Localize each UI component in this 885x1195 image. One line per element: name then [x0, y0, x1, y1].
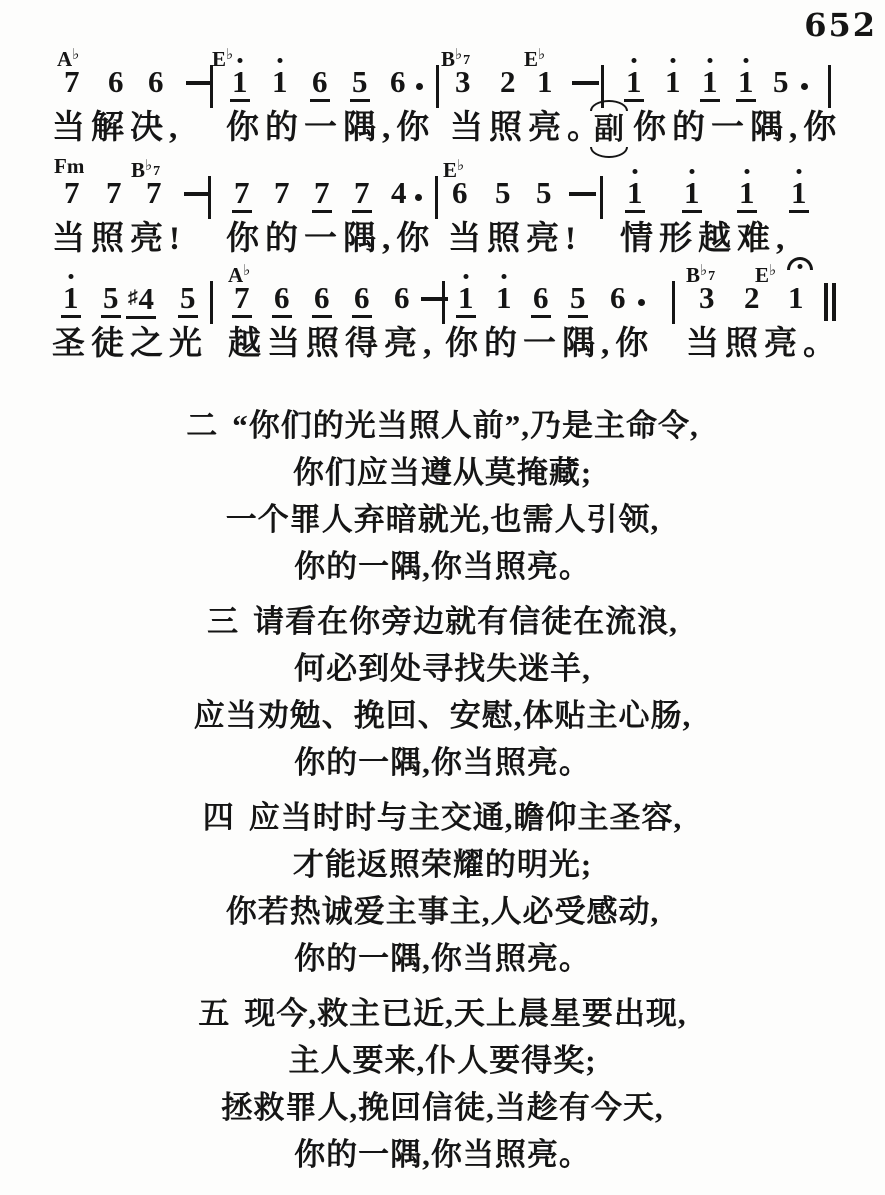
octave-dot: [796, 169, 801, 174]
verse-line: 三请看在你旁边就有信徒在流浪,: [0, 598, 885, 645]
jianpu-note: 7: [312, 178, 332, 213]
flat-sign: ♭: [700, 263, 707, 279]
final-barline: [824, 283, 836, 321]
jianpu-note: 1: [789, 178, 809, 213]
jianpu-note: 7: [232, 178, 252, 213]
jianpu-note: 1: [737, 178, 757, 213]
verse-line: 四应当时时与主交通,瞻仰主圣容,: [0, 794, 885, 841]
flat-sign: ♭: [538, 47, 545, 63]
jianpu-note: 1: [61, 283, 81, 318]
sharp-sign: ♯: [128, 287, 138, 308]
music-system: FmB♭7E♭777777746551111当照亮!你的一隅,你当照亮!情形越难…: [0, 155, 885, 265]
jianpu-note: 6: [148, 67, 164, 97]
jianpu-note: 6: [452, 178, 468, 208]
verse-line: 一个罪人弃暗就光,也需人引领,: [0, 496, 885, 543]
jianpu-note: 2: [500, 67, 516, 97]
verse-number: 五: [198, 996, 230, 1031]
verse-line: 你的一隅,你当照亮。: [0, 543, 885, 590]
jianpu-note: 1: [736, 67, 756, 102]
verse-line: 你若热诚爱主事主,人必受感动,: [0, 888, 885, 935]
verse-line: 二“你们的光当照人前”,乃是主命令,: [0, 402, 885, 449]
fermata-dot: [798, 264, 803, 269]
flat-sign: ♭: [243, 263, 250, 279]
jianpu-note: 6: [272, 283, 292, 318]
jianpu-note: 7: [64, 178, 80, 208]
barline: [435, 176, 438, 219]
lyric-segment: 你的一隅,你: [633, 110, 842, 146]
jianpu-note: 4: [391, 178, 407, 208]
lyric-segment: 你的一隅,你: [226, 110, 435, 146]
jianpu-note: 6: [394, 283, 410, 313]
lyric-segment: 当照亮。: [450, 110, 606, 146]
barline: [828, 65, 831, 108]
verse-line: 应当劝勉、挽回、安慰,体贴主心肠,: [0, 692, 885, 739]
note-dash: [572, 81, 599, 85]
chord-symbol: Fm: [54, 155, 84, 177]
lyric-segment: 当照亮。: [686, 326, 842, 362]
jianpu-note: 7: [106, 178, 122, 208]
verse-line: 拯救罪人,挽回信徒,当趁有今天,: [0, 1084, 885, 1131]
jianpu-note: 7: [146, 178, 162, 208]
jianpu-note: 1: [456, 283, 476, 318]
lyric-segment: 情形越难,: [620, 221, 790, 257]
jianpu-note: 5: [178, 283, 198, 318]
music-system: A♭B♭7E♭15♯457666611656321圣徒之光越当照得亮,你的一隅,…: [0, 260, 885, 370]
jianpu-note: 1: [625, 178, 645, 213]
augmentation-dot: [416, 83, 423, 90]
jianpu-note: 7: [64, 67, 80, 97]
octave-dot: [237, 58, 242, 63]
jianpu-note: 3: [699, 283, 715, 313]
jianpu-note: 5: [101, 283, 121, 318]
jianpu-note: 6: [310, 67, 330, 102]
jianpu-note: 5: [536, 178, 552, 208]
lyric-segment: 当照亮!: [448, 221, 582, 257]
augmentation-dot: [801, 83, 808, 90]
barline: [672, 281, 675, 324]
page-number: 652: [804, 6, 877, 44]
lyric-segment: 你的一隅,你: [445, 326, 654, 362]
verse-line: 你的一隅,你当照亮。: [0, 1131, 885, 1178]
jianpu-note: 7: [232, 283, 252, 318]
octave-dot: [689, 169, 694, 174]
fermata-icon: [787, 257, 813, 273]
barline: [210, 65, 213, 108]
octave-dot: [632, 169, 637, 174]
jianpu-note: 1: [624, 67, 644, 102]
octave-dot: [277, 58, 282, 63]
jianpu-note: 1: [682, 178, 702, 213]
verse: 五现今,救主已近,天上晨星要出现,主人要来,仆人要得奖;拯救罪人,挽回信徒,当趁…: [0, 990, 885, 1178]
verse-number: 三: [207, 604, 239, 639]
verse-number: 四: [203, 800, 235, 835]
lyric-segment: 圣徒之光: [52, 326, 208, 362]
lyric-segment: 当解决,: [52, 110, 183, 146]
flat-sign: ♭: [226, 47, 233, 63]
octave-dot: [744, 169, 749, 174]
flat-sign: ♭: [72, 47, 79, 63]
verse: 三请看在你旁边就有信徒在流浪,何必到处寻找失迷羊,应当劝勉、挽回、安慰,体贴主心…: [0, 598, 885, 786]
barline: [208, 176, 211, 219]
verse-number: 二: [186, 408, 218, 443]
verse: 二“你们的光当照人前”,乃是主命令,你们应当遵从莫掩藏;一个罪人弃暗就光,也需人…: [0, 402, 885, 590]
augmentation-dot: [638, 299, 645, 306]
jianpu-note: 1: [665, 67, 681, 97]
final-barline-stroke: [824, 283, 828, 321]
verse: 四应当时时与主交通,瞻仰主圣容,才能返照荣耀的明光;你若热诚爱主事主,人必受感动…: [0, 794, 885, 982]
jianpu-note: 2: [744, 283, 760, 313]
jianpu-note: 1: [788, 283, 804, 313]
jianpu-note: 3: [455, 67, 471, 97]
jianpu-note: 5: [495, 178, 511, 208]
barline: [436, 65, 439, 108]
flat-sign: ♭: [455, 47, 462, 63]
verse-line: 才能返照荣耀的明光;: [0, 841, 885, 888]
verse-line: 你们应当遵从莫掩藏;: [0, 449, 885, 496]
jianpu-note: 1: [700, 67, 720, 102]
octave-dot: [68, 274, 73, 279]
note-dash: [184, 192, 211, 196]
jianpu-note: 7: [352, 178, 372, 213]
music-system: A♭E♭B♭7E♭7661165632111115当解决,你的一隅,你当照亮。副…: [0, 44, 885, 154]
jianpu-note: 1: [230, 67, 250, 102]
verse-line: 你的一隅,你当照亮。: [0, 935, 885, 982]
octave-dot: [707, 58, 712, 63]
jianpu-note: ♯4: [126, 283, 156, 319]
flat-sign: ♭: [457, 158, 464, 174]
barline: [600, 176, 603, 219]
flat-sign: ♭: [145, 158, 152, 174]
verse-line: 五现今,救主已近,天上晨星要出现,: [0, 990, 885, 1037]
jianpu-note: 6: [312, 283, 332, 318]
jianpu-note: 5: [350, 67, 370, 102]
verse-line: 何必到处寻找失迷羊,: [0, 645, 885, 692]
jianpu-note: 5: [568, 283, 588, 318]
octave-dot: [743, 58, 748, 63]
barline: [210, 281, 213, 324]
jianpu-note: 6: [610, 283, 626, 313]
jianpu-note: 6: [352, 283, 372, 318]
refrain-arc-top: [590, 100, 628, 111]
verse-block: 二“你们的光当照人前”,乃是主命令,你们应当遵从莫掩藏;一个罪人弃暗就光,也需人…: [0, 402, 885, 1186]
lyric-segment: 你的一隅,你: [226, 221, 435, 257]
jianpu-note: 7: [274, 178, 290, 208]
note-dash: [569, 192, 596, 196]
lyric-segment: 越当照得亮,: [228, 326, 437, 362]
jianpu-note: 6: [390, 67, 406, 97]
hymn-page: 652 A♭E♭B♭7E♭7661165632111115当解决,你的一隅,你当…: [0, 0, 885, 1195]
jianpu-note: 6: [108, 67, 124, 97]
lyric-segment: 当照亮!: [52, 221, 186, 257]
final-barline-stroke: [832, 283, 836, 321]
note-dash: [186, 81, 213, 85]
refrain-marker: 副: [594, 112, 624, 148]
jianpu-note: 1: [537, 67, 553, 97]
jianpu-note: 5: [773, 67, 789, 97]
augmentation-dot: [415, 194, 422, 201]
jianpu-note: 1: [272, 67, 288, 97]
octave-dot: [631, 58, 636, 63]
jianpu-note: 6: [531, 283, 551, 318]
octave-dot: [670, 58, 675, 63]
jianpu-note: 1: [496, 283, 512, 313]
verse-line: 你的一隅,你当照亮。: [0, 739, 885, 786]
barline: [442, 281, 445, 324]
verse-line: 主人要来,仆人要得奖;: [0, 1037, 885, 1084]
octave-dot: [501, 274, 506, 279]
flat-sign: ♭: [769, 263, 776, 279]
octave-dot: [463, 274, 468, 279]
